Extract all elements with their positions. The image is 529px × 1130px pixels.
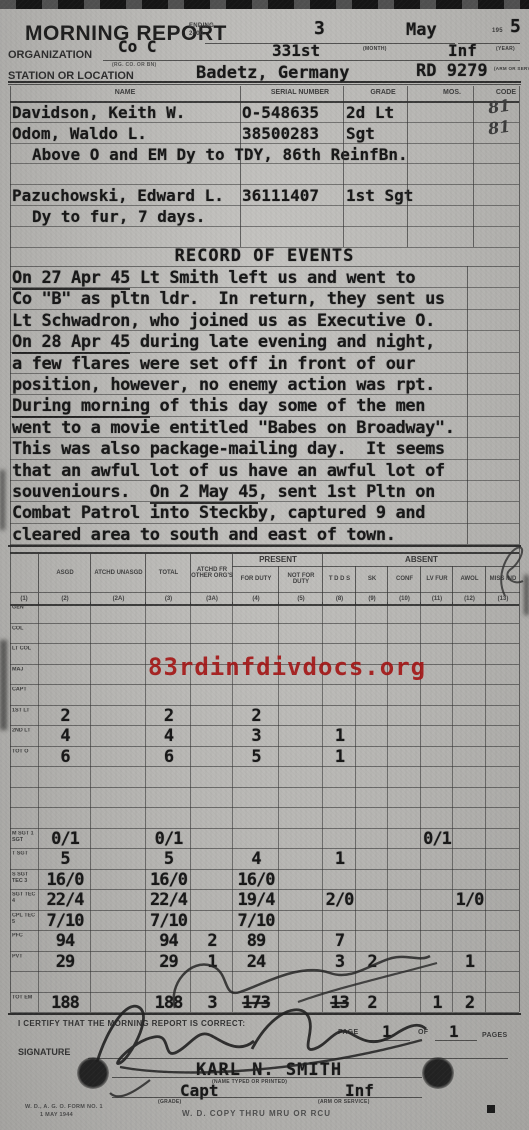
- stats-cell-label: [10, 971, 38, 992]
- roster-column-line: [473, 86, 474, 247]
- stats-cell-awol: [452, 848, 486, 869]
- stats-cell-lvfur: [420, 705, 453, 726]
- stats-cell-orgs: [190, 787, 233, 808]
- stats-cell-notduty: [278, 992, 323, 1013]
- roster-column-header: SERIAL NUMBER: [255, 89, 345, 96]
- stats-value: 2: [233, 706, 279, 726]
- stats-cell-orgs: [190, 807, 233, 828]
- stats-cell-duty: [232, 828, 279, 849]
- roster-row: Odom, Waldo L.38500283Sgt81: [10, 122, 519, 144]
- stats-cell-label: M SGT 1 SGT: [10, 828, 38, 849]
- stats-cell-asgd: 29: [38, 951, 91, 972]
- stats-cell-orgs: [190, 623, 233, 644]
- stats-value: 2: [356, 993, 388, 1013]
- stats-cell-awol: [452, 869, 486, 890]
- event-text-segment: of this day some of the men: [150, 396, 425, 416]
- stats-cell-total: [145, 766, 191, 787]
- stats-cell-label: COL: [10, 623, 38, 644]
- stats-cell-atchd: [90, 602, 146, 623]
- header-rule-2: [8, 84, 521, 85]
- stats-cell-orgs: [190, 889, 233, 910]
- stats-cell-total: [145, 602, 191, 623]
- stats-cell-atchd: [90, 930, 146, 951]
- grade-caption: (GRADE): [158, 1099, 182, 1105]
- stats-cell-duty: 24: [232, 951, 279, 972]
- stats-cell-asgd: [38, 787, 91, 808]
- stats-cell-total: 29: [145, 951, 191, 972]
- roster-row: Pazuchowski, Edward L.361114071st Sgt: [10, 184, 519, 206]
- stats-cell-awol: 1: [452, 951, 486, 972]
- stats-row: 2ND LT4431: [10, 725, 519, 747]
- stats-cell-tdds: [322, 787, 356, 808]
- stats-cell-missind: [485, 684, 520, 705]
- stats-cell-awol: [452, 664, 486, 685]
- event-text-segment: , sent 1st Pltn on: [258, 482, 435, 502]
- form-number: W. D., A. G. O. FORM NO. 1: [25, 1104, 103, 1110]
- stats-cell-atchd: [90, 889, 146, 910]
- stats-cell-awol: [452, 746, 486, 767]
- stats-cell-notduty: [278, 684, 323, 705]
- branch-caption: (ARM OR SERVICE): [318, 1099, 370, 1105]
- date-rule: [205, 43, 455, 44]
- stats-row: PVT2929124321: [10, 951, 519, 973]
- stats-value: 94: [146, 931, 191, 951]
- stats-cell-notduty: [278, 930, 323, 951]
- stats-row: PFC94942897: [10, 930, 519, 952]
- stats-cell-sk: [355, 869, 388, 890]
- event-line: souveniours. On 2 May 45, sent 1st Pltn …: [10, 480, 519, 502]
- event-text-segment: during late evening and night,: [130, 332, 435, 352]
- stats-row-label: TOT EM: [12, 995, 35, 1001]
- stats-cell-lvfur: [420, 602, 453, 623]
- stats-cell-tdds: [322, 602, 356, 623]
- event-line: that an awful lot of us have an awful lo…: [10, 459, 519, 481]
- stats-cell-atchd: [90, 951, 146, 972]
- stats-cell-conf: [387, 766, 421, 787]
- roster-code-handwritten: 81: [487, 96, 512, 118]
- stats-cell-conf: [387, 623, 421, 644]
- roster-cell: Above O and EM Dy to TDY, 86th ReinfBn.: [32, 145, 408, 164]
- page-rule: [365, 1040, 410, 1041]
- stats-value: 7/10: [233, 911, 279, 931]
- stats-value: 13: [323, 993, 356, 1013]
- frame-right: [519, 86, 520, 1012]
- stats-cell-missind: [485, 910, 520, 931]
- stats-cell-tdds: [322, 807, 356, 828]
- stats-cell-tdds: 1: [322, 848, 356, 869]
- stats-cell-duty: 173: [232, 992, 279, 1013]
- stats-value: 16/0: [146, 870, 191, 890]
- stats-cell-asgd: 2: [38, 705, 91, 726]
- stats-cell-lvfur: [420, 910, 453, 931]
- stats-cell-missind: [485, 848, 520, 869]
- stats-cell-asgd: [38, 623, 91, 644]
- event-text-segment: position, however, no enemy action was r…: [12, 375, 435, 395]
- stats-cell-label: CPL TEC 5: [10, 910, 38, 931]
- form-date: 1 MAY 1944: [40, 1112, 73, 1118]
- stats-row-label: TOT O: [12, 749, 35, 755]
- grade-rule: [112, 1097, 422, 1098]
- events-column-line: [467, 266, 468, 544]
- stats-column-header: FOR DUTY: [232, 566, 279, 592]
- stats-cell-lvfur: [420, 971, 453, 992]
- stats-value: 0/1: [39, 829, 91, 849]
- signature-label: SIGNATURE: [18, 1047, 70, 1057]
- stats-cell-atchd: [90, 684, 146, 705]
- event-text: that an awful lot of us have an awful lo…: [12, 461, 445, 481]
- stats-cell-duty: [232, 766, 279, 787]
- stats-cell-awol: [452, 910, 486, 931]
- stats-cell-notduty: [278, 828, 323, 849]
- footer-top-rule: [8, 1013, 521, 1015]
- stats-cell-total: [145, 971, 191, 992]
- stats-cell-missind: [485, 643, 520, 664]
- stats-cell-duty: [232, 684, 279, 705]
- stats-cell-lvfur: [420, 623, 453, 644]
- stats-cell-asgd: [38, 602, 91, 623]
- stats-cell-sk: [355, 910, 388, 931]
- stats-cell-conf: [387, 889, 421, 910]
- stats-value: 19/4: [233, 890, 279, 910]
- stats-row-label: CAPT: [12, 687, 35, 693]
- stats-cell-conf: [387, 971, 421, 992]
- event-text: Co "B" as pltn ldr. In return, they sent…: [12, 289, 445, 309]
- stats-row-label: GEN: [12, 605, 35, 611]
- stats-cell-awol: [452, 828, 486, 849]
- stats-cell-asgd: 7/10: [38, 910, 91, 931]
- stats-column-header: ASGD: [38, 554, 91, 592]
- stats-cell-label: PVT: [10, 951, 38, 972]
- event-text: position, however, no enemy action was r…: [12, 375, 435, 395]
- morning-report-scan: MORNING REPORT ENDING 2400 3 May 195 5 C…: [0, 0, 529, 1130]
- stats-cell-atchd: [90, 971, 146, 992]
- stats-cell-duty: 3: [232, 725, 279, 746]
- stats-row-label: MAJ: [12, 667, 35, 673]
- stats-cell-lvfur: 0/1: [420, 828, 453, 849]
- stats-cell-conf: [387, 992, 421, 1013]
- stats-column-header: [10, 554, 38, 592]
- stats-cell-awol: 2: [452, 992, 486, 1013]
- stats-cell-sk: [355, 828, 388, 849]
- roster-row: [10, 163, 519, 185]
- stats-cell-atchd: [90, 746, 146, 767]
- stats-cell-sk: [355, 787, 388, 808]
- stats-cell-atchd: [90, 623, 146, 644]
- event-text-segment: that an awful lot of us have an awful lo…: [12, 461, 445, 481]
- stats-value: 173: [233, 993, 279, 1013]
- stats-value: 1: [421, 993, 453, 1013]
- event-text-segment: a few flares were set off in front of ou…: [12, 354, 415, 374]
- stats-cell-conf: [387, 725, 421, 746]
- stats-cell-duty: 4: [232, 848, 279, 869]
- event-text: On 28 Apr 45 during late evening and nig…: [12, 332, 435, 352]
- signature-tail: [110, 1080, 150, 1096]
- pages-label: PAGES: [482, 1032, 508, 1039]
- stats-value: 3: [323, 952, 356, 972]
- stats-cell-awol: [452, 684, 486, 705]
- stats-cell-lvfur: [420, 766, 453, 787]
- stats-cell-sk: 2: [355, 992, 388, 1013]
- stats-cell-asgd: [38, 684, 91, 705]
- stats-value: 22/4: [39, 890, 91, 910]
- stats-cell-label: [10, 807, 38, 828]
- stats-row-label: M SGT 1 SGT: [12, 831, 35, 843]
- stats-row: T SGT5541: [10, 848, 519, 870]
- stats-cell-notduty: [278, 848, 323, 869]
- stats-cell-atchd: [90, 643, 146, 664]
- org-branch: Inf: [448, 41, 477, 60]
- event-line: This was also package-mailing day. It se…: [10, 437, 519, 459]
- stats-cell-label: TOT EM: [10, 992, 38, 1013]
- event-text-segment: This was also package-mailing day. It se…: [12, 439, 445, 459]
- event-text: Combat Patrol into Steckby, captured 9 a…: [12, 503, 425, 523]
- stats-cell-atchd: [90, 910, 146, 931]
- stats-value: 7/10: [146, 911, 191, 931]
- stats-value: 1: [323, 747, 356, 767]
- stats-row-label: LT COL: [12, 646, 35, 652]
- stats-cell-asgd: 22/4: [38, 889, 91, 910]
- punch-hole-right: [422, 1057, 454, 1089]
- stats-column-header: LV FUR: [420, 566, 453, 592]
- stats-cell-duty: 5: [232, 746, 279, 767]
- stats-cell-conf: [387, 602, 421, 623]
- stats-cell-conf: [387, 869, 421, 890]
- stats-cell-atchd: [90, 787, 146, 808]
- event-line: a few flares were set off in front of ou…: [10, 352, 519, 374]
- roster-column-line: [240, 86, 241, 247]
- roster-cell: Pazuchowski, Edward L.: [12, 186, 224, 205]
- stats-cell-duty: 19/4: [232, 889, 279, 910]
- stats-cell-missind: [485, 746, 520, 767]
- roster-cell: O-548635: [242, 103, 319, 122]
- stats-cell-atchd: [90, 664, 146, 685]
- watermark: 83rdinfdivdocs.org: [148, 653, 426, 681]
- stats-cell-lvfur: [420, 848, 453, 869]
- roster-column-line: [407, 86, 408, 247]
- station-coord: RD 9279: [416, 61, 488, 81]
- stats-cell-sk: 2: [355, 951, 388, 972]
- event-text: On 27 Apr 45 Lt Smith left us and went t…: [12, 268, 415, 288]
- stats-cell-asgd: 4: [38, 725, 91, 746]
- stats-row-label: T SGT: [12, 851, 35, 857]
- stats-cell-label: SGT TEC 4: [10, 889, 38, 910]
- stats-cell-duty: 89: [232, 930, 279, 951]
- stats-cell-tdds: 1: [322, 725, 356, 746]
- stats-cell-label: 1ST LT: [10, 705, 38, 726]
- roster-row: Dy to fur, 7 days.: [10, 205, 519, 227]
- stats-cell-missind: [485, 602, 520, 623]
- stats-cell-asgd: 16/0: [38, 869, 91, 890]
- event-line: Combat Patrol into Steckby, captured 9 a…: [10, 501, 519, 523]
- stats-cell-lvfur: [420, 684, 453, 705]
- stats-value: 5: [233, 747, 279, 767]
- header-rule-1: [8, 81, 521, 83]
- stats-cell-label: TOT O: [10, 746, 38, 767]
- stats-cell-duty: [232, 807, 279, 828]
- roster-row: Above O and EM Dy to TDY, 86th ReinfBn.: [10, 143, 519, 165]
- stats-cell-tdds: 13: [322, 992, 356, 1013]
- stats-cell-duty: 16/0: [232, 869, 279, 890]
- stats-cell-orgs: [190, 766, 233, 787]
- stats-value: 1/0: [453, 890, 486, 910]
- stats-cell-sk: [355, 725, 388, 746]
- stats-value: 1: [453, 952, 486, 972]
- stats-cell-atchd: [90, 725, 146, 746]
- stats-row-label: PVT: [12, 954, 35, 960]
- stats-cell-label: MAJ: [10, 664, 38, 685]
- stats-row: S SGT TEC 316/016/016/0: [10, 869, 519, 891]
- org-caption: (RG. CO. OR BN): [112, 62, 157, 68]
- event-line: went to a movie entitled "Babes on Broad…: [10, 416, 519, 438]
- stats-value: 2: [39, 706, 91, 726]
- stats-cell-awol: [452, 971, 486, 992]
- event-text-segment: went to a movie entitled "Babes on Broad…: [12, 418, 455, 438]
- stats-row: TOT O6651: [10, 746, 519, 768]
- stats-cell-awol: 1/0: [452, 889, 486, 910]
- stats-cell-lvfur: 1: [420, 992, 453, 1013]
- stats-column-header: CONF: [387, 566, 421, 592]
- stats-cell-orgs: [190, 725, 233, 746]
- stats-cell-missind: [485, 971, 520, 992]
- page-number: 1: [382, 1022, 392, 1041]
- stats-cell-label: [10, 787, 38, 808]
- stats-row-label: SGT TEC 4: [12, 892, 35, 904]
- stats-cell-asgd: [38, 766, 91, 787]
- event-line: On 28 Apr 45 during late evening and nig…: [10, 330, 519, 352]
- ending-label: ENDING: [189, 23, 214, 29]
- ending-value: 2400: [189, 31, 204, 37]
- stats-cell-atchd: [90, 705, 146, 726]
- report-month: May: [406, 20, 437, 40]
- stats-cell-asgd: 6: [38, 746, 91, 767]
- roster-row: Davidson, Keith W.O-5486352d Lt81: [10, 101, 519, 123]
- stats-cell-lvfur: [420, 787, 453, 808]
- stats-cell-label: T SGT: [10, 848, 38, 869]
- stats-cell-tdds: [322, 971, 356, 992]
- stats-cell-label: LT COL: [10, 643, 38, 664]
- stats-row: GEN: [10, 602, 519, 624]
- stats-value: 2: [356, 952, 388, 972]
- stats-value: 7: [323, 931, 356, 951]
- stats-cell-missind: [485, 725, 520, 746]
- pages-rule: [435, 1040, 477, 1041]
- event-text: went to a movie entitled "Babes on Broad…: [12, 418, 455, 438]
- stats-cell-total: 4: [145, 725, 191, 746]
- stats-row: 1ST LT222: [10, 705, 519, 727]
- stats-cell-notduty: [278, 971, 323, 992]
- stats-cell-sk: [355, 766, 388, 787]
- stats-cell-asgd: [38, 971, 91, 992]
- stats-value: 16/0: [39, 870, 91, 890]
- year-printed: 195: [492, 28, 503, 34]
- of-label: OF: [418, 1029, 428, 1036]
- stats-cell-tdds: 3: [322, 951, 356, 972]
- stats-column-header: AWOL: [452, 566, 486, 592]
- stats-cell-label: [10, 766, 38, 787]
- stats-cell-conf: [387, 807, 421, 828]
- stats-row: [10, 787, 519, 809]
- stats-cell-asgd: 5: [38, 848, 91, 869]
- roster-cell: 38500283: [242, 124, 319, 143]
- stats-cell-conf: [387, 684, 421, 705]
- stats-cell-label: GEN: [10, 602, 38, 623]
- stats-row: M SGT 1 SGT0/10/10/1: [10, 828, 519, 850]
- stats-row: COL: [10, 623, 519, 645]
- event-text-segment: Lt Smith left us and went to: [130, 268, 415, 288]
- stats-column-header: NOT FOR DUTY: [278, 566, 323, 592]
- org-unit: Co C: [118, 37, 157, 56]
- stats-value: 2/0: [323, 890, 356, 910]
- stats-cell-tdds: [322, 869, 356, 890]
- stats-cell-conf: [387, 848, 421, 869]
- stats-row: TOT EM188188317313212: [10, 992, 519, 1014]
- stats-value: 7/10: [39, 911, 91, 931]
- stats-cell-notduty: [278, 910, 323, 931]
- stats-cell-duty: [232, 787, 279, 808]
- stats-cell-label: 2ND LT: [10, 725, 38, 746]
- stats-cell-notduty: [278, 807, 323, 828]
- stats-row-label: 2ND LT: [12, 728, 35, 734]
- stats-cell-awol: [452, 930, 486, 951]
- stats-value: 1: [191, 952, 233, 972]
- stats-row: [10, 807, 519, 829]
- stats-cell-lvfur: [420, 869, 453, 890]
- stats-column-header: SK: [355, 566, 388, 592]
- event-text-segment: Co "B" as pltn ldr. In return, they sent…: [12, 289, 445, 309]
- stats-cell-atchd: [90, 766, 146, 787]
- stats-cell-orgs: 2: [190, 930, 233, 951]
- stats-cell-missind: [485, 766, 520, 787]
- stats-cell-notduty: [278, 787, 323, 808]
- stats-row-label: COL: [12, 626, 35, 632]
- stats-value: 29: [39, 952, 91, 972]
- station-caption: (ARM OR SERVICE): [494, 66, 529, 71]
- stats-cell-orgs: [190, 746, 233, 767]
- stats-value: 3: [191, 993, 233, 1013]
- report-year: 5: [510, 16, 521, 37]
- stats-value: 4: [146, 726, 191, 746]
- edge-smudge-1: [0, 470, 5, 530]
- certify-text: I CERTIFY THAT THE MORNING REPORT IS COR…: [18, 1019, 245, 1028]
- stats-value: 0/1: [146, 829, 191, 849]
- stats-cell-duty: [232, 602, 279, 623]
- roster-column-header: NAME: [80, 89, 170, 96]
- stats-cell-atchd: [90, 828, 146, 849]
- event-text-segment: Combat Patrol into Steckby, captured 9 a…: [12, 503, 425, 523]
- stats-cell-sk: [355, 930, 388, 951]
- stats-cell-missind: [485, 623, 520, 644]
- events-title-row: RECORD OF EVENTS: [10, 246, 519, 267]
- frame-left: [10, 86, 11, 1012]
- station-value: Badetz, Germany: [196, 63, 350, 83]
- stats-cell-tdds: [322, 684, 356, 705]
- stats-cell-missind: [485, 869, 520, 890]
- stats-cell-notduty: [278, 746, 323, 767]
- stats-cell-notduty: [278, 869, 323, 890]
- copy-note: W. D. COPY THRU MRU OR RCU: [182, 1109, 331, 1118]
- stats-cell-duty: 7/10: [232, 910, 279, 931]
- stats-row: [10, 766, 519, 788]
- stats-cell-sk: [355, 971, 388, 992]
- stats-value: 4: [39, 726, 91, 746]
- stats-cell-awol: [452, 623, 486, 644]
- stats-cell-lvfur: [420, 725, 453, 746]
- year-caption: (YEAR): [496, 46, 515, 52]
- stats-value: 6: [146, 747, 191, 767]
- edge-smudge-3: [524, 575, 529, 615]
- event-text: a few flares were set off in front of ou…: [12, 354, 415, 374]
- stats-column-header: ATCHD FR OTHER ORG'S: [190, 554, 233, 592]
